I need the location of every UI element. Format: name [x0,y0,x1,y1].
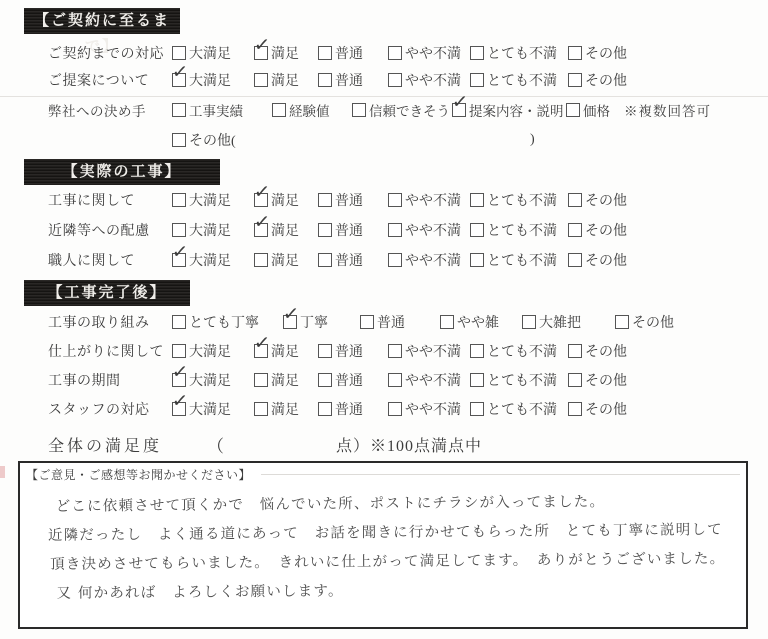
option-group: 工事実績経験値信頼できそう✓提案内容・説明価格※複数回答可 [172,100,711,120]
option-label: その他 [585,370,627,390]
option-label: とても不満 [487,370,557,390]
survey-option: ✓丁寧 [283,312,360,332]
survey-option: その他( [172,130,236,150]
option-label: 満足 [271,370,299,390]
survey-option: やや雑 [440,312,522,332]
survey-row: 近隣等への配慮大満足✓満足普通やや不満とても不満その他 [0,215,768,245]
option-group: 大満足✓満足普通やや不満とても不満その他 [172,43,627,63]
survey-row: 工事に関して大満足✓満足普通やや不満とても不満その他 [0,185,768,215]
checkbox[interactable] [470,402,484,416]
checkbox[interactable] [388,402,402,416]
option-label: 普通 [335,190,363,210]
survey-option: ✓満足 [254,220,318,240]
survey-option: ✓満足 [254,341,318,361]
option-label: とても不満 [487,250,557,270]
checkbox[interactable] [388,193,402,207]
survey-option: やや不満 [388,70,470,90]
survey-section: 【工事完了後】工事の取り組みとても丁寧✓丁寧普通やや雑大雑把その他仕上がりに関し… [0,280,768,423]
checkbox-checked[interactable]: ✓ [283,315,297,329]
option-label: 丁寧 [300,312,328,332]
checkbox[interactable] [470,223,484,237]
option-label: 経験値 [289,100,330,120]
option-label: 普通 [335,370,363,390]
checkbox[interactable] [470,46,484,60]
option-label: 普通 [335,399,363,419]
checkbox[interactable] [568,73,582,87]
option-label: やや不満 [405,43,461,63]
checkbox[interactable] [568,223,582,237]
option-label: その他 [585,70,627,90]
checkbox[interactable] [522,315,536,329]
survey-row: その他() [0,125,768,155]
survey-row: 職人に関して✓大満足満足普通やや不満とても不満その他 [0,245,768,275]
overall-satisfaction-row: 全体の満足度 （ 点）※100点満点中 [0,429,768,459]
survey-option: 普通 [318,370,388,390]
option-label: 満足 [271,190,299,210]
checkbox[interactable] [388,223,402,237]
survey-option: その他 [615,312,674,332]
option-group: ✓大満足満足普通やや不満とても不満その他 [172,250,627,270]
survey-option: とても丁寧 [172,312,283,332]
handwritten-line: 又 何かあれば よろしくお願いします。 [48,574,738,609]
survey-option: 普通 [318,399,388,419]
survey-option: 価格 [566,100,610,120]
checkbox[interactable] [318,253,332,267]
option-label: やや不満 [405,70,461,90]
survey-option: とても不満 [470,70,568,90]
option-group: ✓大満足満足普通やや不満とても不満その他 [172,399,627,419]
option-label: 大満足 [189,190,231,210]
survey-option: 満足 [254,70,318,90]
option-label: とても不満 [487,43,557,63]
survey-sheet: 【ご契約に至るまで】ご契約までの対応大満足✓満足普通やや不満とても不満その他ご提… [0,0,768,639]
survey-option: 普通 [318,70,388,90]
survey-option: 大満足 [172,220,254,240]
checkbox[interactable] [615,315,629,329]
survey-option: とても不満 [470,220,568,240]
checkbox[interactable] [568,373,582,387]
option-label: 普通 [335,341,363,361]
survey-option: 満足 [254,250,318,270]
option-group: 大満足✓満足普通やや不満とても不満その他 [172,220,627,240]
checkbox[interactable] [318,373,332,387]
option-label: 普通 [377,312,405,332]
checkbox[interactable] [388,73,402,87]
checkbox-checked[interactable]: ✓ [254,193,268,207]
survey-option: ✓大満足 [172,250,254,270]
survey-option: 普通 [318,250,388,270]
option-label: やや雑 [457,312,499,332]
survey-option: やや不満 [388,190,470,210]
survey-option: 普通 [360,312,440,332]
row-label: 弊社への決め手 [48,100,172,120]
option-label: 普通 [335,220,363,240]
survey-option: 大雑把 [522,312,615,332]
survey-option: 経験値 [272,100,352,120]
option-label: その他 [632,312,674,332]
survey-section: 【ご契約に至るまで】ご契約までの対応大満足✓満足普通やや不満とても不満その他ご提… [0,8,768,155]
checkbox[interactable] [172,315,186,329]
option-label: その他 [585,341,627,361]
overall-open-paren: （ [207,432,224,457]
checkbox[interactable] [568,344,582,358]
survey-option: とても不満 [470,370,568,390]
option-label: その他 [585,43,627,63]
survey-option: とても不満 [470,43,568,63]
survey-option: やや不満 [388,250,470,270]
option-label: 満足 [271,250,299,270]
checkbox[interactable] [254,253,268,267]
option-group: ✓大満足満足普通やや不満とても不満その他 [172,370,627,390]
option-label: とても不満 [487,220,557,240]
section-header: 【実際の工事】 [24,159,220,185]
survey-option: その他 [568,341,627,361]
check-mark-icon: ✓ [253,333,271,353]
checkbox[interactable] [470,373,484,387]
survey-option: 普通 [318,43,388,63]
checkbox-checked[interactable]: ✓ [254,46,268,60]
checkbox-checked[interactable]: ✓ [254,344,268,358]
survey-option: ✓満足 [254,43,318,63]
survey-option: その他 [568,250,627,270]
row-label: ご契約までの対応 [48,43,172,63]
survey-option: やや不満 [388,370,470,390]
checkbox[interactable] [254,373,268,387]
check-mark-icon: ✓ [171,242,189,262]
option-label: 大満足 [189,250,231,270]
option-label: やや不満 [405,220,461,240]
checkbox[interactable] [470,344,484,358]
checkbox-checked[interactable]: ✓ [254,223,268,237]
survey-option: ✓大満足 [172,70,254,90]
survey-option: 工事実績 [172,100,272,120]
check-mark-icon: ✓ [282,304,300,324]
survey-option: やや不満 [388,399,470,419]
option-label: やや不満 [405,190,461,210]
checkbox[interactable] [172,133,186,147]
option-label: 大満足 [189,399,231,419]
survey-option: その他 [568,370,627,390]
survey-row: 工事の取り組みとても丁寧✓丁寧普通やや雑大雑把その他 [0,307,768,336]
option-label: やや不満 [405,370,461,390]
survey-option: とても不満 [470,250,568,270]
checkbox[interactable] [172,103,186,117]
option-label: その他 [585,399,627,419]
survey-option: やや不満 [388,341,470,361]
row-label: 近隣等への配慮 [48,220,172,240]
survey-option: 普通 [318,341,388,361]
option-label: 満足 [271,220,299,240]
checkbox[interactable] [360,315,374,329]
survey-option: とても不満 [470,190,568,210]
option-label: 満足 [271,341,299,361]
survey-option: ✓大満足 [172,370,254,390]
option-group: とても丁寧✓丁寧普通やや雑大雑把その他 [172,312,674,332]
check-mark-icon: ✓ [253,35,271,55]
option-group: ✓大満足満足普通やや不満とても不満その他 [172,70,627,90]
scan-artifact-smudge [0,466,5,478]
checkbox[interactable] [318,344,332,358]
option-label: 大満足 [189,341,231,361]
checkbox[interactable] [568,46,582,60]
survey-option: その他 [568,399,627,419]
survey-sections: 【ご契約に至るまで】ご契約までの対応大満足✓満足普通やや不満とても不満その他ご提… [0,8,768,423]
option-label: 満足 [271,70,299,90]
option-label: 価格 [583,100,610,120]
option-label: やや不満 [405,250,461,270]
option-label: 大満足 [189,370,231,390]
survey-row: スタッフの対応✓大満足満足普通やや不満とても不満その他 [0,394,768,423]
checkbox[interactable] [254,73,268,87]
checkbox[interactable] [470,193,484,207]
option-label: 大満足 [189,43,231,63]
check-mark-icon: ✓ [171,62,189,82]
survey-option: ✓提案内容・説明 [452,100,566,120]
checkbox[interactable] [568,402,582,416]
survey-option: その他 [568,43,627,63]
survey-row: 弊社への決め手工事実績経験値信頼できそう✓提案内容・説明価格※複数回答可 [0,94,768,125]
survey-option: その他 [568,70,627,90]
survey-option: やや不満 [388,220,470,240]
checkbox[interactable] [272,103,286,117]
survey-option: 大満足 [172,190,254,210]
checkbox[interactable] [318,46,332,60]
comments-box: 【ご意見・ご感想等お聞かせください】 どこに依頼させて頂くかで 悩んでいた所、ポ… [18,461,748,629]
checkbox[interactable] [172,223,186,237]
survey-option: やや不満 [388,43,470,63]
checkbox-checked[interactable]: ✓ [172,73,186,87]
survey-option: ✓大満足 [172,399,254,419]
checkbox[interactable] [318,73,332,87]
survey-option: 満足 [254,399,318,419]
survey-row: 仕上がりに関して大満足✓満足普通やや不満とても不満その他 [0,336,768,365]
option-group: 大満足✓満足普通やや不満とても不満その他 [172,190,627,210]
option-label: とても丁寧 [189,312,259,332]
handwritten-line: 頂き決めさせてもらいました。 きれいに仕上がって満足してます。 ありがとうござい… [48,545,738,580]
survey-option: とても不満 [470,341,568,361]
checkbox[interactable] [254,402,268,416]
row-label: スタッフの対応 [48,399,172,419]
checkbox[interactable] [318,193,332,207]
section-header: 【工事完了後】 [24,280,190,306]
survey-option: 大満足 [172,341,254,361]
checkbox-checked[interactable]: ✓ [452,103,466,117]
option-label: とても不満 [487,70,557,90]
checkbox[interactable] [566,103,580,117]
option-label: 普通 [335,70,363,90]
checkbox[interactable] [172,46,186,60]
option-label: 大満足 [189,220,231,240]
checkbox[interactable] [318,402,332,416]
checkbox[interactable] [172,344,186,358]
checkbox[interactable] [388,344,402,358]
option-label: その他( [189,130,236,150]
survey-section: 【実際の工事】工事に関して大満足✓満足普通やや不満とても不満その他近隣等への配慮… [0,159,768,275]
overall-unit: 点）※100点満点中 [336,433,482,456]
row-label: 仕上がりに関して [48,341,172,361]
survey-option: ✓満足 [254,190,318,210]
option-label: とても不満 [487,190,557,210]
option-label: やや不満 [405,341,461,361]
option-label: 大雑把 [539,312,581,332]
option-label: 満足 [271,399,299,419]
option-group: その他( [172,130,236,150]
option-label: その他 [585,190,627,210]
checkbox[interactable] [470,253,484,267]
checkbox[interactable] [352,103,366,117]
check-mark-icon: ✓ [171,362,189,382]
overall-label: 全体の満足度 [48,433,162,456]
survey-row: ご契約までの対応大満足✓満足普通やや不満とても不満その他 [0,40,768,66]
survey-row: 工事の期間✓大満足満足普通やや不満とても不満その他 [0,365,768,394]
survey-option: 大満足 [172,43,254,63]
check-mark-icon: ✓ [253,182,271,202]
checkbox-checked[interactable]: ✓ [172,373,186,387]
option-label: 普通 [335,250,363,270]
survey-option: 普通 [318,220,388,240]
option-label: やや不満 [405,399,461,419]
check-mark-icon: ✓ [171,391,189,411]
option-group: 大満足✓満足普通やや不満とても不満その他 [172,341,627,361]
survey-option: とても不満 [470,399,568,419]
checkbox[interactable] [440,315,454,329]
survey-option: 満足 [254,370,318,390]
checkbox[interactable] [568,193,582,207]
survey-option: 信頼できそう [352,100,452,120]
option-label: 大満足 [189,70,231,90]
close-paren: ) [530,132,535,148]
row-label: 工事の期間 [48,370,172,390]
option-label: その他 [585,250,627,270]
option-label: 提案内容・説明 [469,100,564,120]
checkbox[interactable] [172,193,186,207]
check-mark-icon: ✓ [451,92,469,112]
checkbox[interactable] [318,223,332,237]
checkbox[interactable] [388,253,402,267]
option-label: 信頼できそう [369,100,450,120]
option-label: 普通 [335,43,363,63]
checkbox-checked[interactable]: ✓ [172,253,186,267]
check-mark-icon: ✓ [253,212,271,232]
option-label: 工事実績 [189,100,243,120]
checkbox[interactable] [388,373,402,387]
checkbox[interactable] [470,73,484,87]
multiple-answers-note: ※複数回答可 [624,100,711,120]
survey-option: その他 [568,220,627,240]
option-label: その他 [585,220,627,240]
option-label: とても不満 [487,399,557,419]
survey-option: 普通 [318,190,388,210]
survey-option: その他 [568,190,627,210]
option-label: とても不満 [487,341,557,361]
checkbox-checked[interactable]: ✓ [172,402,186,416]
comments-body: どこに依頼させて頂くかで 悩んでいた所、ポストにチラシが入ってました。近隣だった… [19,480,746,609]
row-label: 職人に関して [48,250,172,270]
row-label: ご提案について [48,70,172,90]
row-label: 工事の取り組み [48,312,172,332]
checkbox[interactable] [388,46,402,60]
section-header: 【ご契約に至るまで】 [24,8,180,34]
row-label: 工事に関して [48,190,172,210]
option-label: 満足 [271,43,299,63]
survey-row: ご提案について✓大満足満足普通やや不満とても不満その他 [0,66,768,94]
checkbox[interactable] [568,253,582,267]
